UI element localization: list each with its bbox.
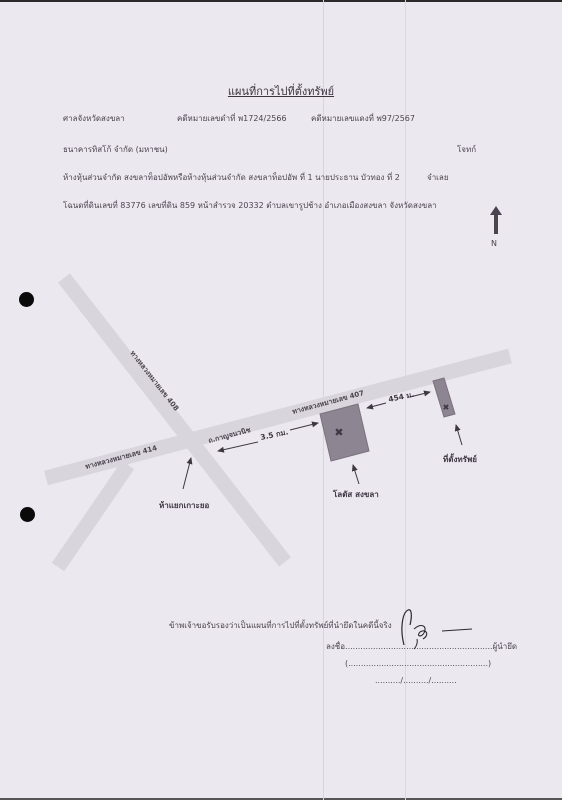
name-line: (.......................................…	[345, 659, 491, 668]
lotus-building: ✖	[320, 404, 369, 461]
road-southwest-branch	[58, 465, 128, 567]
x-marker-icon: ✖	[334, 426, 343, 439]
sign-dots: ........................................…	[345, 642, 493, 651]
x-marker-icon: ✖	[443, 403, 450, 412]
intersection-label: ห้าแยกเกาะยอ	[159, 500, 210, 510]
lotus-label: โลตัส สงขลา	[332, 489, 379, 499]
date-line: ........../........../..........	[375, 676, 457, 685]
signature-line: ลงชื่อ..................................…	[326, 640, 517, 653]
sign-prefix: ลงชื่อ	[326, 642, 345, 651]
location-map: ทางหลวงหมายเลข 408 ทางหลวงหมายเลข 414 ทา…	[0, 0, 562, 800]
property-parcel: ✖	[433, 378, 455, 417]
certification-statement: ข้าพเจ้าขอรับรองว่าเป็นแผนที่การไปที่ตั้…	[169, 619, 392, 632]
property-label: ที่ตั้งทรัพย์	[443, 453, 477, 464]
sign-role: ผู้นำยึด	[493, 642, 518, 651]
distance-label-3-5km: 3.5 กม.	[260, 427, 290, 442]
